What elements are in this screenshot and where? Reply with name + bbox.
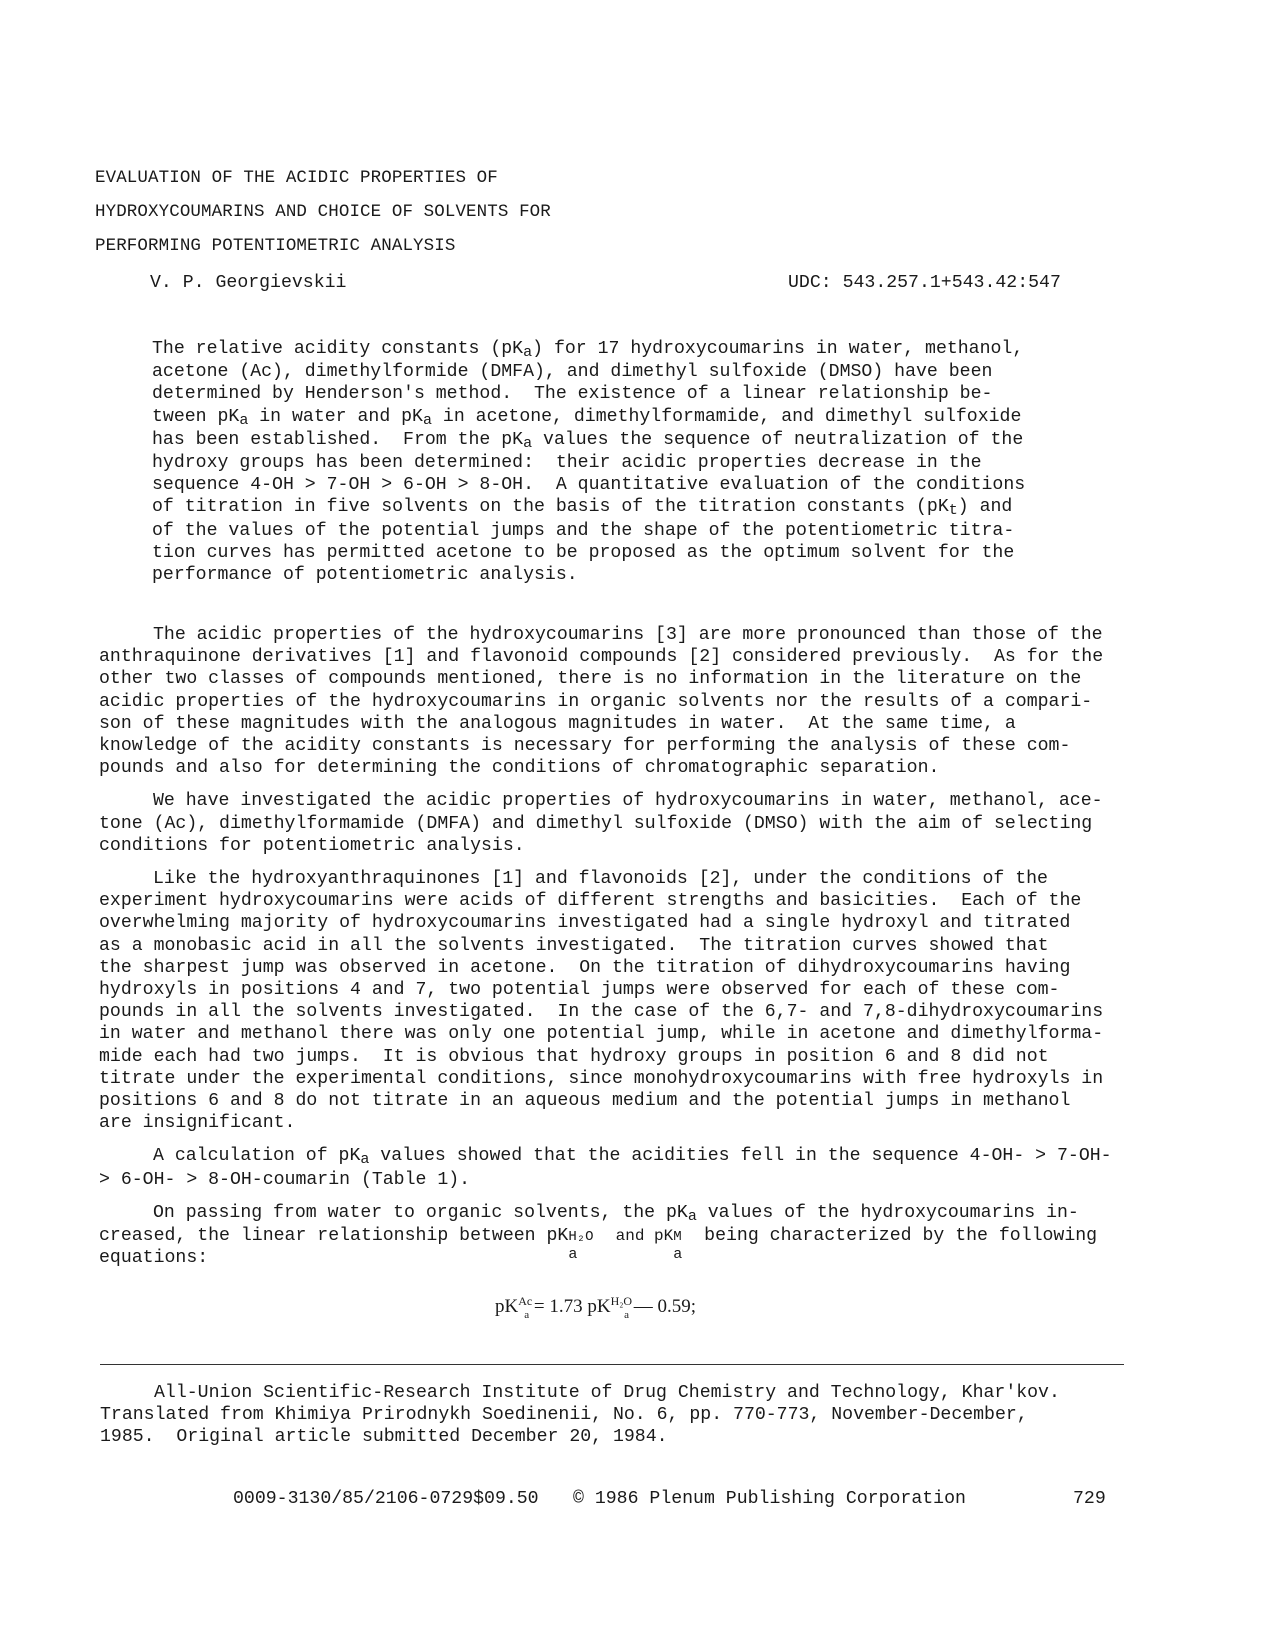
text-line: as a monobasic acid in all the solvents … xyxy=(99,935,1111,957)
paragraph: We have investigated the acidic properti… xyxy=(99,790,1111,857)
text-line: A calculation of pKa values showed that … xyxy=(99,1145,1111,1168)
text-line: mide each had two jumps. It is obvious t… xyxy=(99,1046,1111,1068)
text-line: On passing from water to organic solvent… xyxy=(99,1202,1111,1225)
abstract: The relative acidity constants (pKa) for… xyxy=(152,338,1037,586)
text-line: > 6-OH- > 8-OH-coumarin (Table 1). xyxy=(99,1169,1111,1191)
text-line: hydroxyls in positions 4 and 7, two pote… xyxy=(99,979,1111,1001)
abstract-line: of the values of the potential jumps and… xyxy=(152,520,1037,542)
page-number: 729 xyxy=(1073,1488,1106,1510)
text-line: acidic properties of the hydroxycoumarin… xyxy=(99,691,1111,713)
article-body: The acidic properties of the hydroxycoum… xyxy=(99,624,1111,1280)
paper-page: EVALUATION OF THE ACIDIC PROPERTIES OF H… xyxy=(0,0,1275,1651)
text-line: The acidic properties of the hydroxycoum… xyxy=(99,624,1111,646)
article-code: 0009-3130/85/2106-0729$09.50 xyxy=(233,1488,539,1510)
footnote-divider xyxy=(100,1364,1124,1365)
text-line: other two classes of compounds mentioned… xyxy=(99,668,1111,690)
abstract-line: The relative acidity constants (pKa) for… xyxy=(152,338,1037,361)
udc-code: UDC: 543.257.1+543.42:547 xyxy=(788,272,1061,294)
text-line: pounds and also for determining the cond… xyxy=(99,757,1111,779)
text-line: 1985. Original article submitted Decembe… xyxy=(100,1426,1120,1448)
abstract-line: determined by Henderson's method. The ex… xyxy=(152,383,1037,405)
text-line: We have investigated the acidic properti… xyxy=(99,790,1111,812)
paragraph: The acidic properties of the hydroxycoum… xyxy=(99,624,1111,779)
paragraph: Like the hydroxyanthraquinones [1] and f… xyxy=(99,868,1111,1134)
text-line: conditions for potentiometric analysis. xyxy=(99,835,1111,857)
abstract-line: tion curves has permitted acetone to be … xyxy=(152,542,1037,564)
text-line: in water and methanol there was only one… xyxy=(99,1023,1111,1045)
text-line: anthraquinone derivatives [1] and flavon… xyxy=(99,646,1111,668)
paragraph: A calculation of pKa values showed that … xyxy=(99,1145,1111,1190)
text-line: the sharpest jump was observed in aceton… xyxy=(99,957,1111,979)
text-line: overwhelming majority of hydroxycoumarin… xyxy=(99,912,1111,934)
equation: pKAca = 1.73 pKH₂Oa — 0.59; xyxy=(495,1296,696,1320)
abstract-line: performance of potentiometric analysis. xyxy=(152,564,1037,586)
text-line: creased, the linear relationship between… xyxy=(99,1225,1111,1247)
text-line: All-Union Scientific-Research Institute … xyxy=(100,1382,1120,1404)
paragraph: On passing from water to organic solvent… xyxy=(99,1202,1111,1270)
text-line: are insignificant. xyxy=(99,1112,1111,1134)
title-line: PERFORMING POTENTIOMETRIC ANALYSIS xyxy=(95,229,551,263)
text-line: titrate under the experimental condition… xyxy=(99,1068,1111,1090)
footnote: All-Union Scientific-Research Institute … xyxy=(100,1382,1120,1449)
text-line: Like the hydroxyanthraquinones [1] and f… xyxy=(99,868,1111,890)
text-line: son of these magnitudes with the analogo… xyxy=(99,713,1111,735)
text-line: knowledge of the acidity constants is ne… xyxy=(99,735,1111,757)
title-line: EVALUATION OF THE ACIDIC PROPERTIES OF xyxy=(95,161,551,195)
text-line: positions 6 and 8 do not titrate in an a… xyxy=(99,1090,1111,1112)
author: V. P. Georgievskii xyxy=(150,272,346,294)
abstract-line: hydroxy groups has been determined: thei… xyxy=(152,452,1037,474)
abstract-line: sequence 4-OH > 7-OH > 6-OH > 8-OH. A qu… xyxy=(152,474,1037,496)
abstract-line: acetone (Ac), dimethylformide (DMFA), an… xyxy=(152,361,1037,383)
text-line: pounds in all the solvents investigated.… xyxy=(99,1001,1111,1023)
abstract-line: tween pKa in water and pKa in acetone, d… xyxy=(152,406,1037,429)
article-title: EVALUATION OF THE ACIDIC PROPERTIES OF H… xyxy=(95,161,551,263)
text-line: equations: xyxy=(99,1247,1111,1269)
text-line: experiment hydroxycoumarins were acids o… xyxy=(99,890,1111,912)
abstract-line: has been established. From the pKa value… xyxy=(152,429,1037,452)
title-line: HYDROXYCOUMARINS AND CHOICE OF SOLVENTS … xyxy=(95,195,551,229)
text-line: tone (Ac), dimethylformamide (DMFA) and … xyxy=(99,813,1111,835)
text-line: Translated from Khimiya Prirodnykh Soedi… xyxy=(100,1404,1120,1426)
copyright: © 1986 Plenum Publishing Corporation xyxy=(573,1488,966,1510)
abstract-line: of titration in five solvents on the bas… xyxy=(152,496,1037,519)
